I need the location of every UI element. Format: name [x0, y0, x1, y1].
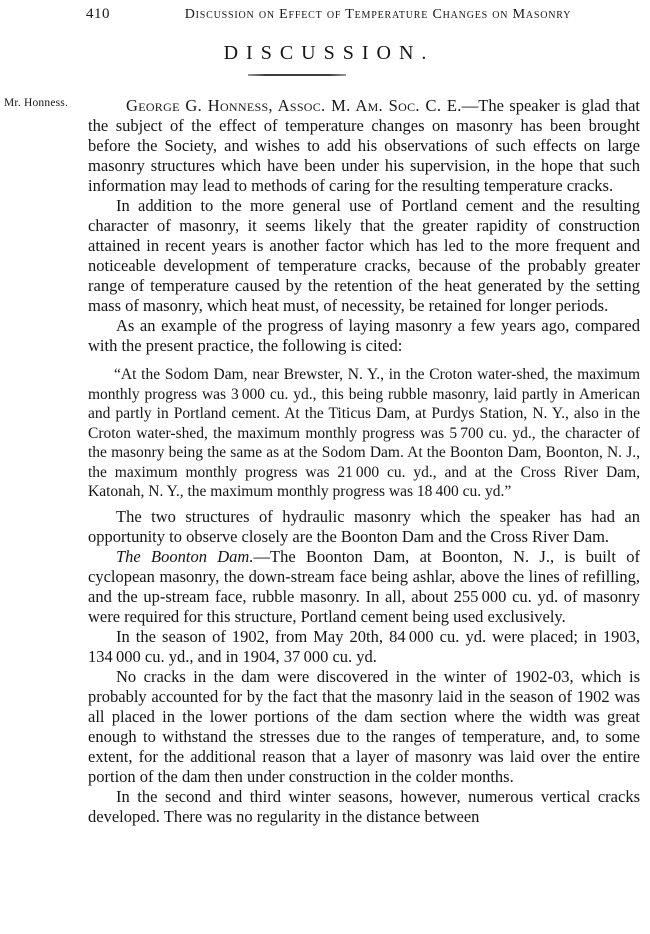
paragraph-boonton-dam: The Boonton Dam.—The Boonton Dam, at Boo… [88, 547, 640, 627]
paragraph-text: “At the Sodom Dam, near Brewster, N. Y.,… [88, 366, 640, 500]
page-number: 410 [86, 6, 110, 23]
paragraph-winter-seasons: In the second and third winter seasons, … [88, 787, 640, 827]
speaker-name: George G. Honness, Assoc. M. Am. Soc. C.… [126, 96, 462, 115]
paragraph-example-lead-in: As an example of the progress of laying … [88, 316, 640, 356]
paragraph-quoted-extract: “At the Sodom Dam, near Brewster, N. Y.,… [88, 365, 640, 502]
running-title: Discussion on Effect of Temperature Chan… [110, 7, 646, 23]
paragraph-text: In addition to the more general use of P… [88, 196, 640, 315]
document-page: 410 Discussion on Effect of Temperature … [0, 0, 650, 934]
paragraph-text: In the season of 1902, from May 20th, 84… [88, 627, 640, 666]
paragraph-text: As an example of the progress of laying … [88, 316, 640, 355]
body-text: George G. Honness, Assoc. M. Am. Soc. C.… [88, 96, 640, 827]
boonton-dam-lead: The Boonton Dam. [116, 547, 253, 566]
paragraph-text: The two structures of hydraulic masonry … [88, 507, 640, 546]
paragraph-two-structures: The two structures of hydraulic masonry … [88, 507, 640, 547]
section-title: DISCUSSION. [0, 42, 650, 65]
title-rule [248, 74, 346, 76]
paragraph-text: No cracks in the dam were discovered in … [88, 667, 640, 786]
margin-note: Mr. Honness. [4, 97, 86, 109]
paragraph-speaker-intro: George G. Honness, Assoc. M. Am. Soc. C.… [88, 96, 640, 196]
paragraph-text: In the second and third winter seasons, … [88, 787, 640, 826]
page-header: 410 Discussion on Effect of Temperature … [86, 6, 646, 23]
paragraph-no-cracks: No cracks in the dam were discovered in … [88, 667, 640, 787]
paragraph-portland-cement: In addition to the more general use of P… [88, 196, 640, 316]
paragraph-season-1902: In the season of 1902, from May 20th, 84… [88, 627, 640, 667]
